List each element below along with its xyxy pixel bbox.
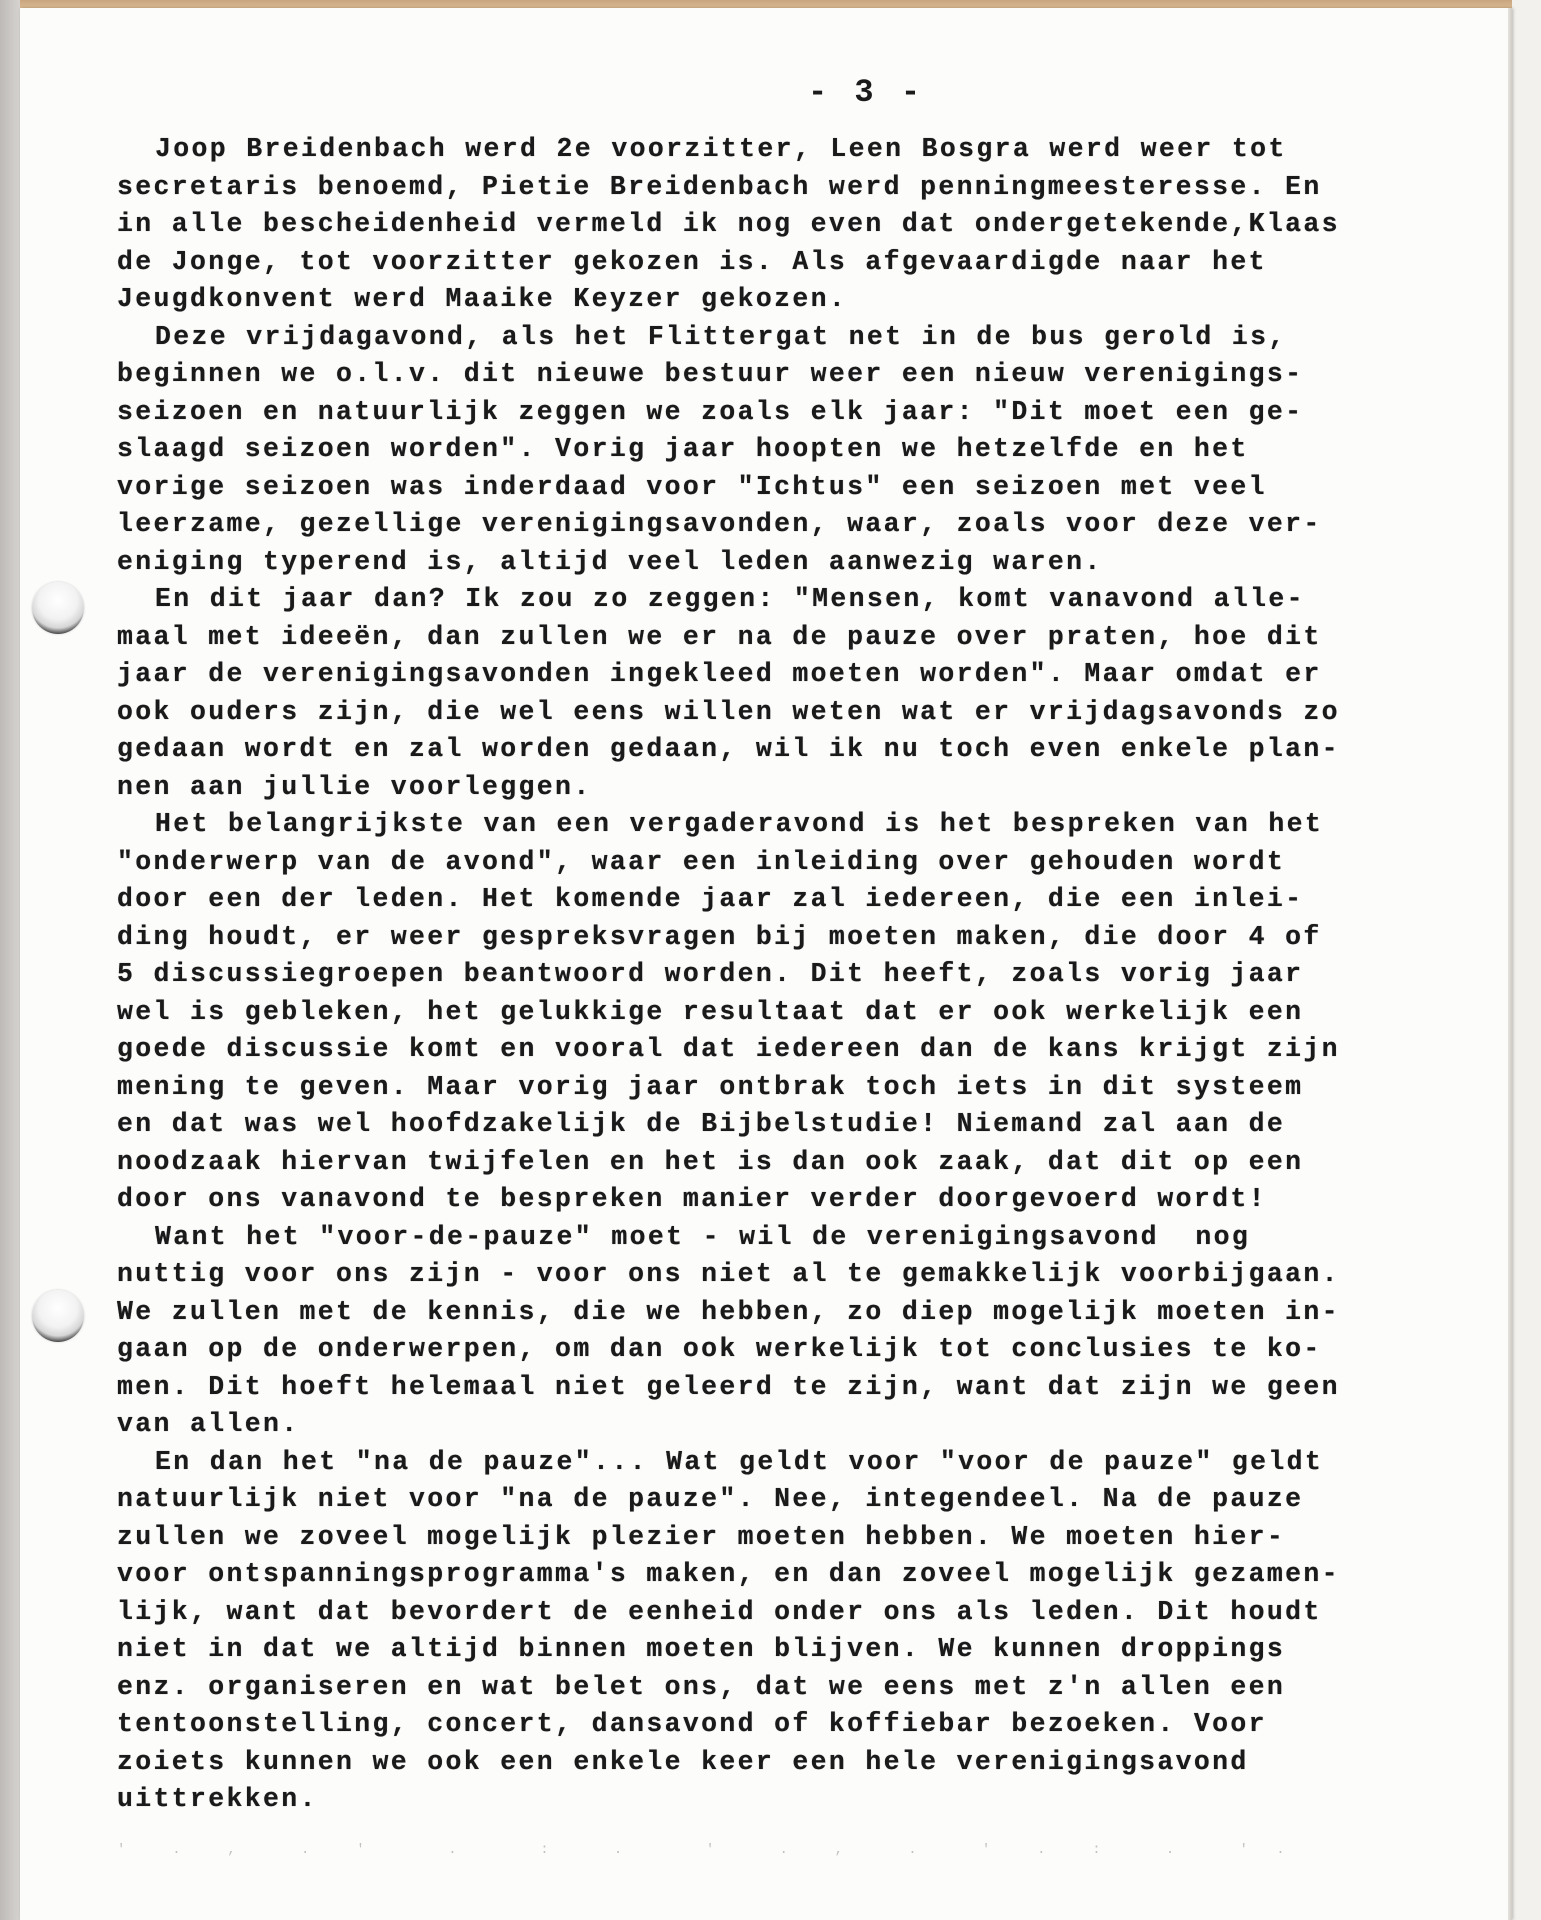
text-line: de Jonge, tot voorzitter gekozen is. Als… <box>117 244 1457 282</box>
text-line: goede discussie komt en vooral dat ieder… <box>117 1031 1457 1069</box>
paragraph-start-line: Het belangrijkste van een vergaderavond … <box>117 806 1457 844</box>
text-line: door ons vanavond te bespreken manier ve… <box>117 1181 1457 1219</box>
text-line: wel is gebleken, het gelukkige resultaat… <box>117 994 1457 1032</box>
toner-speckles: ' . , . ' . : . ' . , . ' . : . ' . <box>117 1842 1417 1862</box>
text-line: noodzaak hiervan twijfelen en het is dan… <box>117 1144 1457 1182</box>
text-line: secretaris benoemd, Pietie Breidenbach w… <box>117 169 1457 207</box>
scan-right-margin <box>1512 0 1541 1920</box>
text-line: natuurlijk niet voor "na de pauze". Nee,… <box>117 1481 1457 1519</box>
punch-hole-icon <box>32 582 84 634</box>
text-line: in alle bescheidenheid vermeld ik nog ev… <box>117 206 1457 244</box>
paragraph-start-line: En dan het "na de pauze"... Wat geldt vo… <box>117 1444 1457 1482</box>
text-line: mening te geven. Maar vorig jaar ontbrak… <box>117 1069 1457 1107</box>
text-line: beginnen we o.l.v. dit nieuwe bestuur we… <box>117 356 1457 394</box>
text-line: voor ontspanningsprogramma's maken, en d… <box>117 1556 1457 1594</box>
text-line: men. Dit hoeft helemaal niet geleerd te … <box>117 1369 1457 1407</box>
text-line: zullen we zoveel mogelijk plezier moeten… <box>117 1519 1457 1557</box>
text-line: gaan op de onderwerpen, om dan ook werke… <box>117 1331 1457 1369</box>
paragraph-start-line: Joop Breidenbach werd 2e voorzitter, Lee… <box>117 131 1457 169</box>
text-line: enz. organiseren en wat belet ons, dat w… <box>117 1669 1457 1707</box>
text-line: eniging typerend is, altijd veel leden a… <box>117 544 1457 582</box>
paragraph-start-line: En dit jaar dan? Ik zou zo zeggen: "Mens… <box>117 581 1457 619</box>
text-line: lijk, want dat bevordert de eenheid onde… <box>117 1594 1457 1632</box>
punch-hole-icon <box>32 1290 84 1342</box>
scan-left-edge <box>0 0 20 1920</box>
text-line: van allen. <box>117 1406 1457 1444</box>
page-number: - 3 - <box>808 74 924 111</box>
text-line: door een der leden. Het komende jaar zal… <box>117 881 1457 919</box>
body-text: Joop Breidenbach werd 2e voorzitter, Lee… <box>117 131 1457 1819</box>
text-line: seizoen en natuurlijk zeggen we zoals el… <box>117 394 1457 432</box>
text-line: maal met ideeën, dan zullen we er na de … <box>117 619 1457 657</box>
text-line: ding houdt, er weer gespreksvragen bij m… <box>117 919 1457 957</box>
text-line: slaagd seizoen worden". Vorig jaar hoopt… <box>117 431 1457 469</box>
paragraph-start-line: Deze vrijdagavond, als het Flittergat ne… <box>117 319 1457 357</box>
text-line: nen aan jullie voorleggen. <box>117 769 1457 807</box>
text-line: vorige seizoen was inderdaad voor "Ichtu… <box>117 469 1457 507</box>
text-line: jaar de verenigingsavonden ingekleed moe… <box>117 656 1457 694</box>
text-line: tentoonstelling, concert, dansavond of k… <box>117 1706 1457 1744</box>
paragraph-start-line: Want het "voor-de-pauze" moet - wil de v… <box>117 1219 1457 1257</box>
text-line: We zullen met de kennis, die we hebben, … <box>117 1294 1457 1332</box>
text-line: en dat was wel hoofdzakelijk de Bijbelst… <box>117 1106 1457 1144</box>
text-line: leerzame, gezellige verenigingsavonden, … <box>117 506 1457 544</box>
text-line: niet in dat we altijd binnen moeten blij… <box>117 1631 1457 1669</box>
text-line: 5 discussiegroepen beantwoord worden. Di… <box>117 956 1457 994</box>
text-line: "onderwerp van de avond", waar een inlei… <box>117 844 1457 882</box>
text-line: nuttig voor ons zijn - voor ons niet al … <box>117 1256 1457 1294</box>
text-line: gedaan wordt en zal worden gedaan, wil i… <box>117 731 1457 769</box>
text-line: ook ouders zijn, die wel eens willen wet… <box>117 694 1457 732</box>
text-line: uittrekken. <box>117 1781 1457 1819</box>
page-edge <box>1508 8 1512 1920</box>
text-line: zoiets kunnen we ook een enkele keer een… <box>117 1744 1457 1782</box>
text-line: Jeugdkonvent werd Maaike Keyzer gekozen. <box>117 281 1457 319</box>
